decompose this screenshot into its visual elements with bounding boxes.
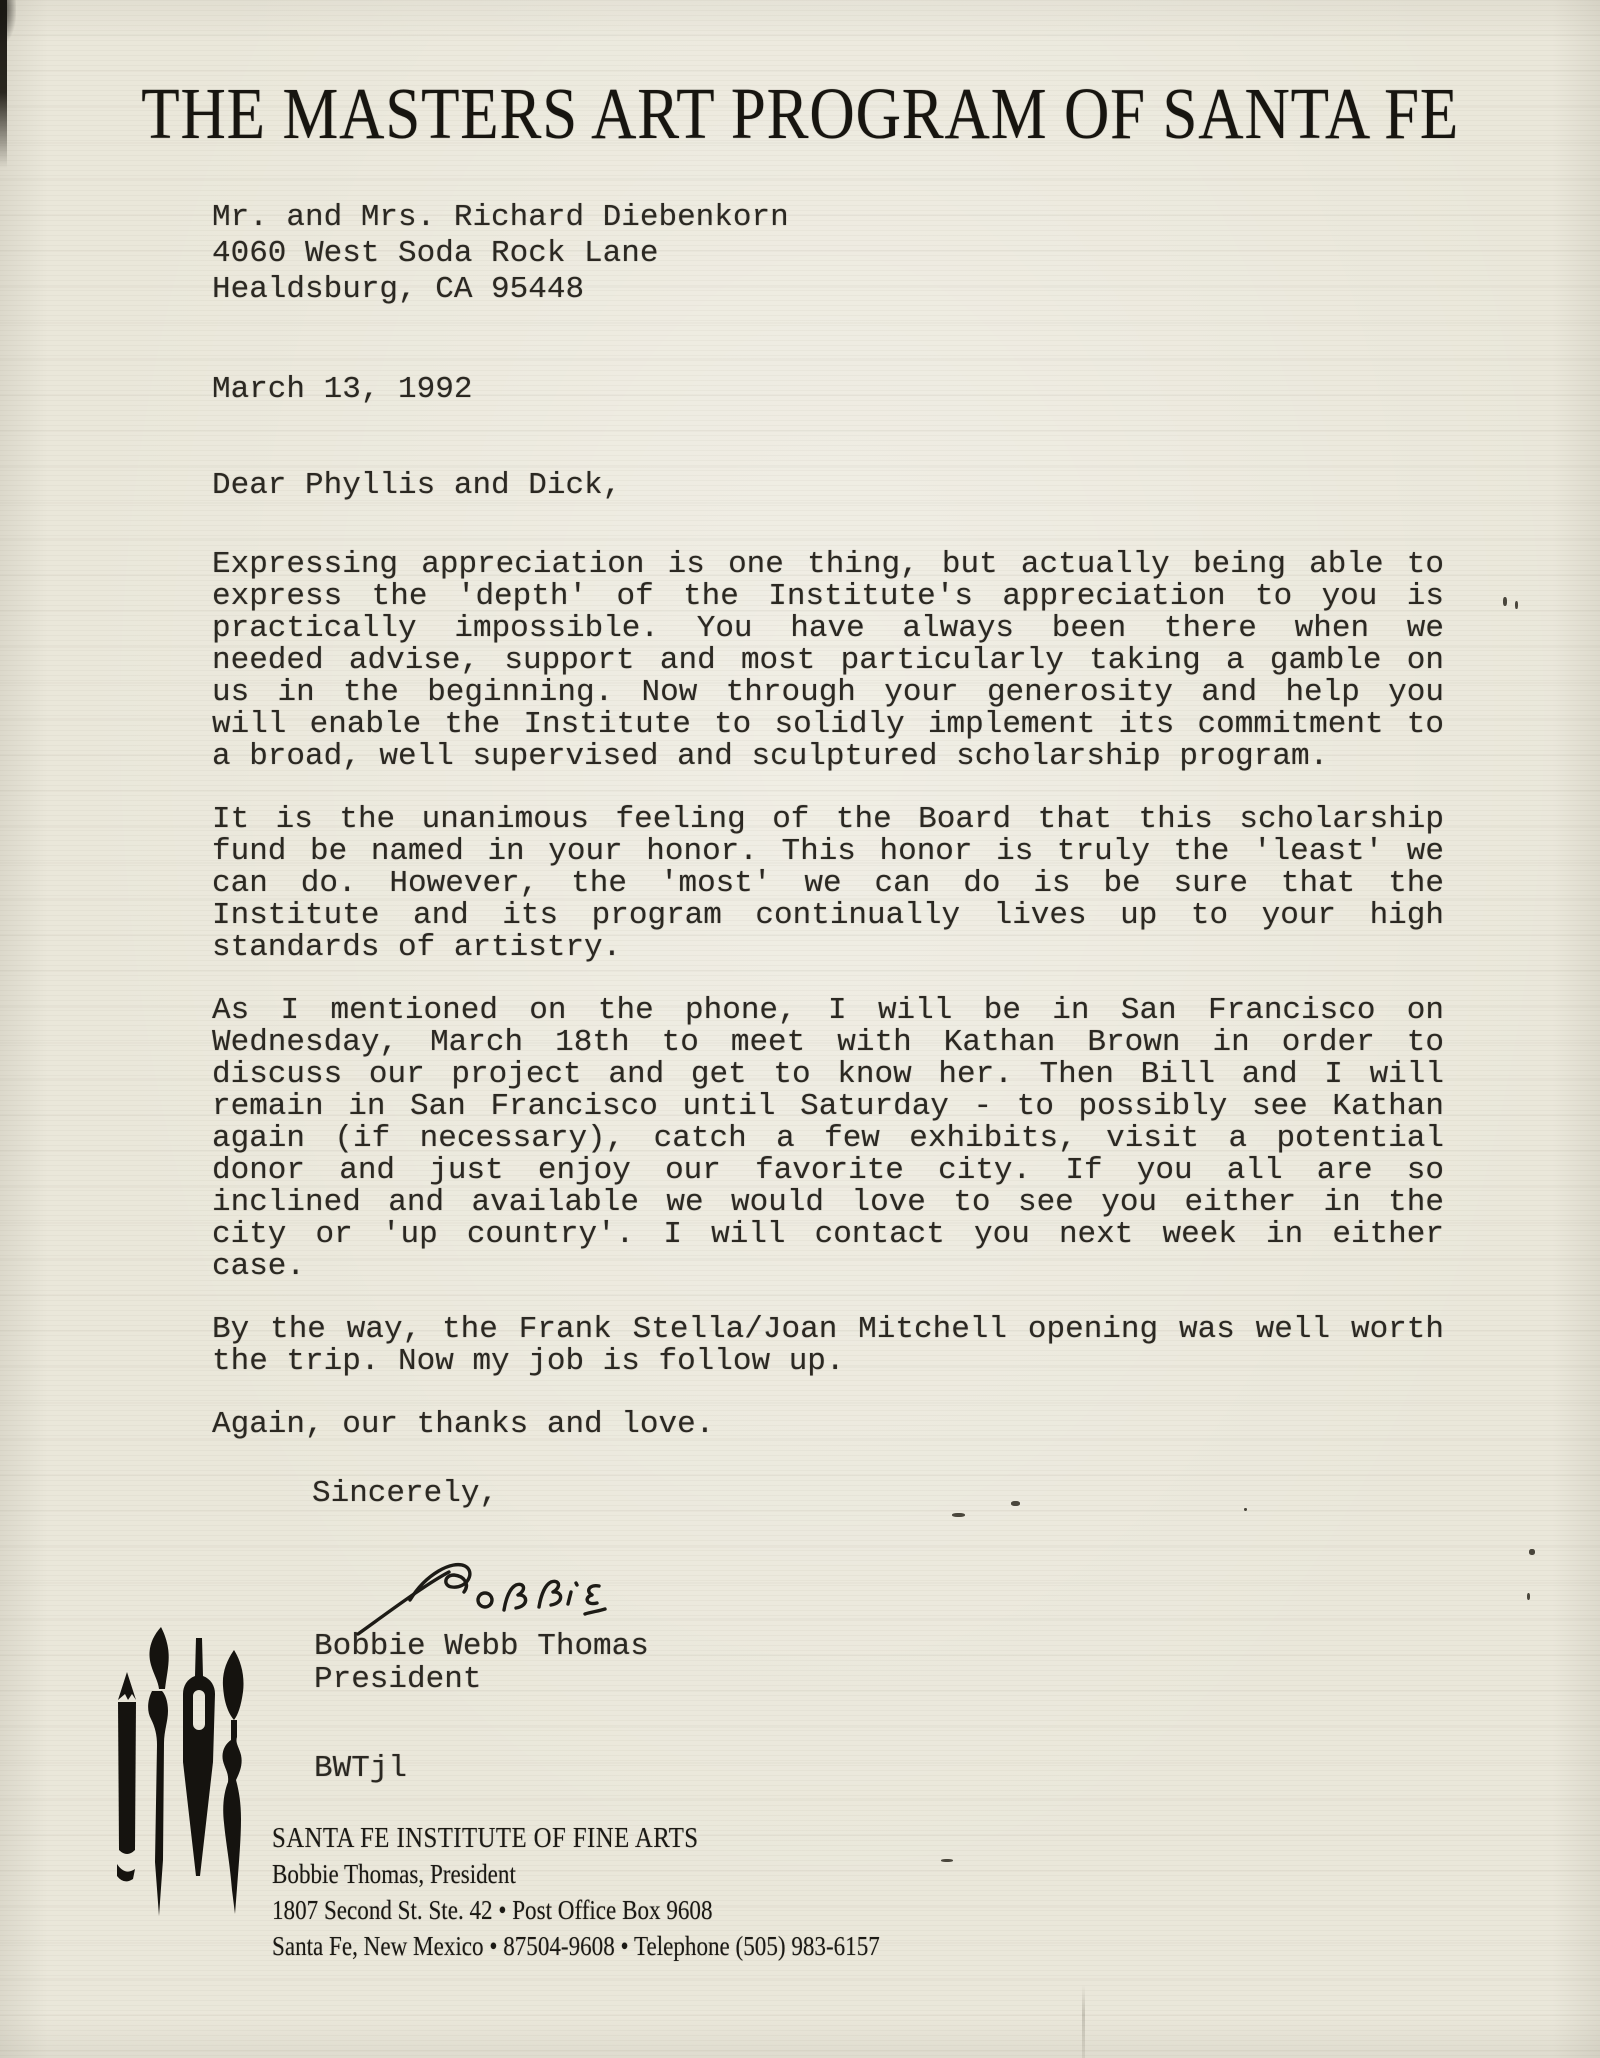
paragraph: By the way, the Frank Stella/Joan Mitche… [212, 1314, 1444, 1378]
paragraph-line: standards of artistry. [212, 932, 1444, 964]
paragraph: As I mentioned on the phone, I will be i… [212, 995, 1444, 1283]
signer-block: Bobbie Webb ThomasPresident [314, 1630, 649, 1696]
paragraph-line: us in the beginning. Now through your ge… [212, 677, 1444, 709]
footer-block: SANTA FE INSTITUTE OF FINE ARTS Bobbie T… [272, 1820, 880, 1964]
paragraph-line: Expressing appreciation is one thing, bu… [212, 549, 1444, 581]
paper-speck [941, 1859, 953, 1862]
paragraph: Expressing appreciation is one thing, bu… [212, 549, 1444, 773]
paragraph-line: needed advise, support and most particul… [212, 645, 1444, 677]
footer-line: 1807 Second St. Ste. 42 • Post Office Bo… [272, 1892, 880, 1928]
reference-initials: BWTjl [314, 1752, 407, 1785]
signer-line: Bobbie Webb Thomas [314, 1630, 649, 1663]
salutation: Dear Phyllis and Dick, [212, 468, 621, 504]
signer-line: President [314, 1663, 649, 1696]
paper-speck [1527, 1593, 1530, 1600]
paragraph-line: the trip. Now my job is follow up. [212, 1346, 1444, 1378]
paragraph-line: again (if necessary), catch a few exhibi… [212, 1123, 1444, 1155]
paragraph-line: fund be named in your honor. This honor … [212, 836, 1444, 868]
recipient-address: Mr. and Mrs. Richard Diebenkorn4060 West… [212, 200, 789, 308]
paper-speck [1515, 601, 1518, 609]
paragraph-line: inclined and available we would love to … [212, 1187, 1444, 1219]
paragraph-line: case. [212, 1251, 1444, 1283]
paragraph-line: will enable the Institute to solidly imp… [212, 709, 1444, 741]
footer-org-name: SANTA FE INSTITUTE OF FINE ARTS [272, 1820, 880, 1856]
footer-line: Bobbie Thomas, President [272, 1856, 880, 1892]
paragraph-line: By the way, the Frank Stella/Joan Mitche… [212, 1314, 1444, 1346]
paragraph: Again, our thanks and love. [212, 1409, 1444, 1441]
paragraph-line: remain in San Francisco until Saturday -… [212, 1091, 1444, 1123]
recipient-line: Mr. and Mrs. Richard Diebenkorn [212, 200, 789, 236]
paper-speck [1529, 1549, 1535, 1555]
letter-body: Expressing appreciation is one thing, bu… [212, 549, 1444, 1510]
date-line: March 13, 1992 [212, 372, 472, 408]
paragraph-line: As I mentioned on the phone, I will be i… [212, 995, 1444, 1027]
paper-speck [1503, 597, 1507, 606]
paragraph-line: It is the unanimous feeling of the Board… [212, 804, 1444, 836]
handwritten-signature [352, 1556, 612, 1640]
recipient-line: 4060 West Soda Rock Lane [212, 236, 789, 272]
paper-crease [1082, 1985, 1085, 2058]
paragraph-line: Wednesday, March 18th to meet with Katha… [212, 1027, 1444, 1059]
footer-line: Santa Fe, New Mexico • 87504-9608 • Tele… [272, 1928, 880, 1964]
paragraph-line: Institute and its program continually li… [212, 900, 1444, 932]
paragraph-line: city or 'up country'. I will contact you… [212, 1219, 1444, 1251]
paragraph-line: express the 'depth' of the Institute's a… [212, 581, 1444, 613]
closing: Sincerely, [312, 1478, 1444, 1510]
scan-corner-artifact [0, 0, 16, 44]
letterhead-title-text: THE MASTERS ART PROGRAM OF SANTA FE [141, 72, 1459, 156]
paragraph-line: discuss our project and get to know her.… [212, 1059, 1444, 1091]
paragraph-line: Again, our thanks and love. [212, 1409, 1444, 1441]
paper-speck [952, 1513, 965, 1517]
artist-tools-logo-icon [104, 1622, 254, 1922]
letterhead-title: THE MASTERS ART PROGRAM OF SANTA FE [0, 72, 1600, 156]
footer-contact-lines: Bobbie Thomas, President1807 Second St. … [272, 1856, 880, 1964]
paragraph-line: a broad, well supervised and sculptured … [212, 741, 1444, 773]
letter-page: THE MASTERS ART PROGRAM OF SANTA FE Mr. … [0, 0, 1600, 2058]
paragraph-line: donor and just enjoy our favorite city. … [212, 1155, 1444, 1187]
paragraph-line: can do. However, the 'most' we can do is… [212, 868, 1444, 900]
recipient-line: Healdsburg, CA 95448 [212, 272, 789, 308]
paragraph: It is the unanimous feeling of the Board… [212, 804, 1444, 964]
paragraph-line: practically impossible. You have always … [212, 613, 1444, 645]
